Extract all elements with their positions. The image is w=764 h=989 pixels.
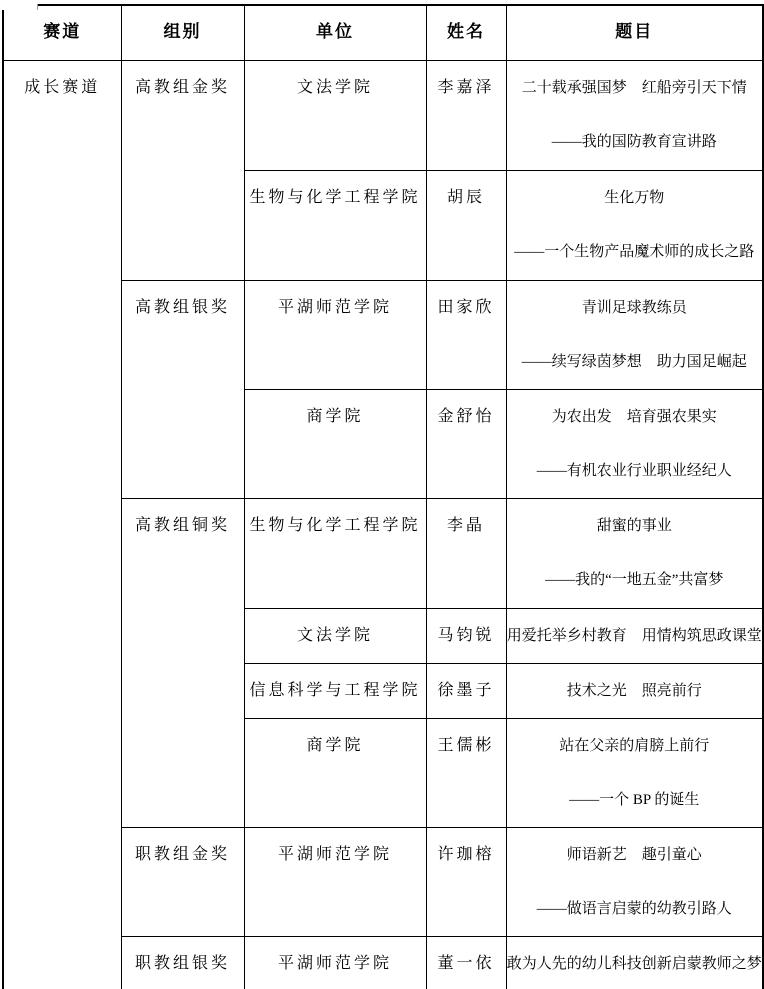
cell-name: 田家欣 (426, 280, 506, 389)
cell-title: 生化万物 ——一个生物产品魔术师的成长之路 (506, 170, 763, 280)
cell-title: 站在父亲的肩膀上前行 ——一个 BP 的诞生 (506, 718, 763, 827)
cell-unit: 文法学院 (244, 60, 426, 170)
cell-name: 徐墨子 (426, 663, 506, 718)
cell-title: 师语新艺 趣引童心 ——做语言启蒙的幼教引路人 (506, 827, 763, 936)
header-unit: 单位 (244, 5, 426, 60)
cell-name: 董一依 (426, 936, 506, 989)
cell-title: 技术之光 照亮前行 (506, 663, 763, 718)
cell-unit: 平湖师范学院 (244, 827, 426, 936)
document-page: 赛道 组别 单位 姓名 题目 成长赛道 高教组金奖 文法学院 李嘉泽 二十载承强… (0, 4, 764, 989)
cell-title: 敢为人先的幼儿科技创新启蒙教师之梦 (506, 936, 763, 989)
cell-name: 许珈榕 (426, 827, 506, 936)
cell-unit: 平湖师范学院 (244, 280, 426, 389)
award-results-table: 赛道 组别 单位 姓名 题目 成长赛道 高教组金奖 文法学院 李嘉泽 二十载承强… (2, 4, 764, 989)
cell-name: 马钧锐 (426, 608, 506, 663)
title-line-1: 用爱托举乡村教育 用情构筑思政课堂 (507, 609, 763, 663)
cell-track: 成长赛道 (3, 60, 121, 989)
cell-unit: 信息科学与工程学院 (244, 663, 426, 718)
title-line-2: ——有机农业行业职业经纪人 (507, 444, 763, 498)
title-line-2: ——一个 BP 的诞生 (507, 773, 763, 827)
title-line-1: 师语新艺 趣引童心 (507, 828, 763, 882)
title-line-1: 二十载承强国梦 红船旁引天下情 (507, 61, 763, 115)
title-line-1: 敢为人先的幼儿科技创新启蒙教师之梦 (507, 937, 763, 989)
title-line-2: ——做语言启蒙的幼教引路人 (507, 882, 763, 936)
header-row: 赛道 组别 单位 姓名 题目 (3, 5, 763, 60)
cell-name: 李嘉泽 (426, 60, 506, 170)
cell-title: 二十载承强国梦 红船旁引天下情 ——我的国防教育宣讲路 (506, 60, 763, 170)
cell-unit: 文法学院 (244, 608, 426, 663)
title-line-1: 生化万物 (507, 171, 763, 225)
cell-group: 高教组铜奖 (121, 498, 244, 827)
cell-unit: 平湖师范学院 (244, 936, 426, 989)
cell-unit: 商学院 (244, 718, 426, 827)
cell-name: 王儒彬 (426, 718, 506, 827)
header-name: 姓名 (426, 5, 506, 60)
title-line-2: ——我的“一地五金”共富梦 (507, 553, 763, 607)
header-title: 题目 (506, 5, 763, 60)
cell-name: 胡辰 (426, 170, 506, 280)
header-track: 赛道 (3, 5, 121, 60)
table-row: 成长赛道 高教组金奖 文法学院 李嘉泽 二十载承强国梦 红船旁引天下情 ——我的… (3, 60, 763, 170)
title-line-1: 为农出发 培育强农果实 (507, 390, 763, 444)
title-line-2: ——一个生物产品魔术师的成长之路 (507, 225, 763, 279)
cell-group: 职教组银奖 (121, 936, 244, 989)
cell-title: 用爱托举乡村教育 用情构筑思政课堂 (506, 608, 763, 663)
title-line-1: 青训足球教练员 (507, 281, 763, 335)
cell-group: 高教组金奖 (121, 60, 244, 280)
cell-unit: 生物与化学工程学院 (244, 170, 426, 280)
cell-title: 青训足球教练员 ——续写绿茵梦想 助力国足崛起 (506, 280, 763, 389)
corner-artifact (0, 4, 38, 10)
title-line-1: 技术之光 照亮前行 (507, 664, 763, 718)
cell-title: 甜蜜的事业 ——我的“一地五金”共富梦 (506, 498, 763, 608)
cell-group: 高教组银奖 (121, 280, 244, 498)
title-line-1: 站在父亲的肩膀上前行 (507, 719, 763, 773)
title-line-2: ——我的国防教育宣讲路 (507, 115, 763, 169)
cell-group: 职教组金奖 (121, 827, 244, 936)
cell-unit: 商学院 (244, 389, 426, 498)
title-line-2: ——续写绿茵梦想 助力国足崛起 (507, 335, 763, 389)
cell-title: 为农出发 培育强农果实 ——有机农业行业职业经纪人 (506, 389, 763, 498)
cell-unit: 生物与化学工程学院 (244, 498, 426, 608)
cell-name: 李晶 (426, 498, 506, 608)
cell-name: 金舒怡 (426, 389, 506, 498)
header-group: 组别 (121, 5, 244, 60)
title-line-1: 甜蜜的事业 (507, 499, 763, 553)
